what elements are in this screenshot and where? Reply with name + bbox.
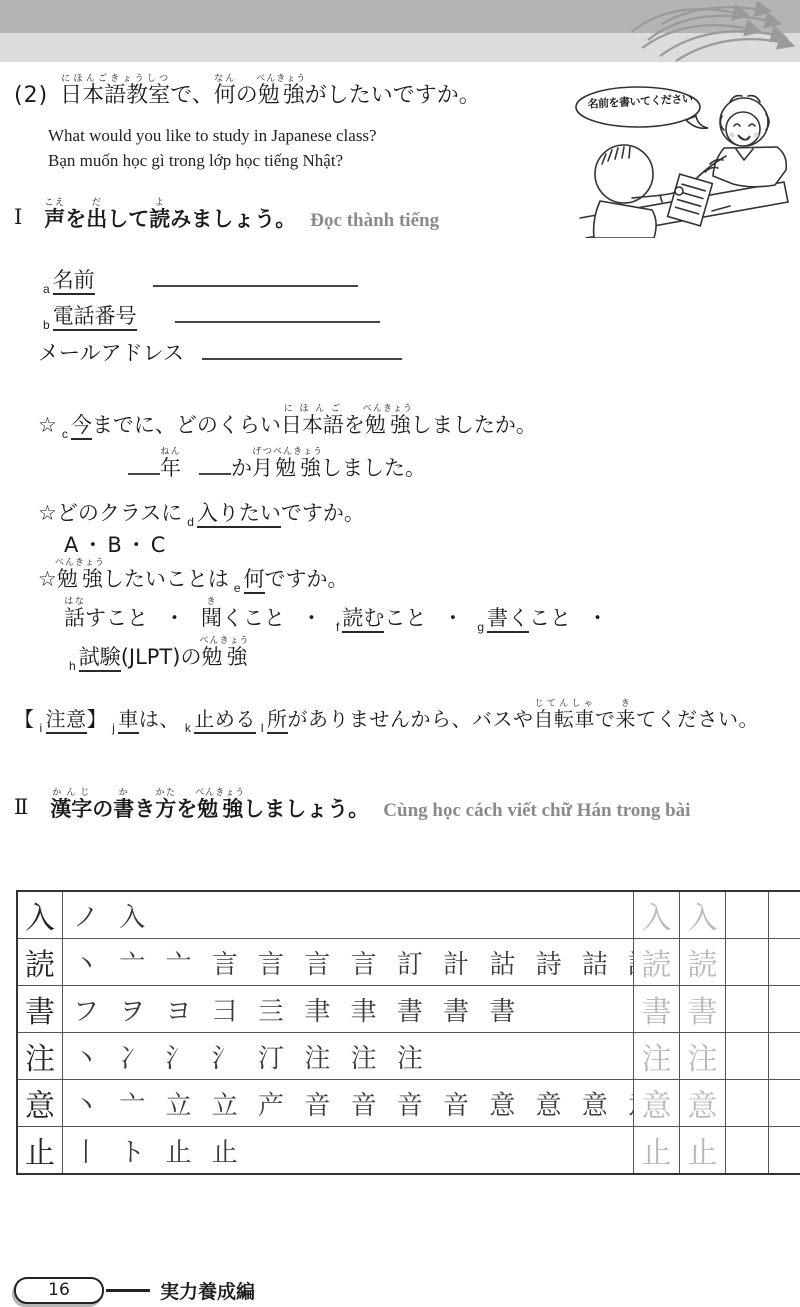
question-number: (2)	[14, 83, 48, 108]
stroke-order-cell: 丶 亠 立 立 产 音 音 音 音 意 意 意 意	[63, 1080, 634, 1127]
q-what-study-line: ☆勉強べんきょうしたいことはe何ですか。	[38, 558, 349, 595]
practice-kanji-cell: 止	[680, 1127, 726, 1175]
practice-empty-cell	[769, 1033, 800, 1080]
section1-numeral: Ⅰ	[14, 205, 22, 229]
notice-line: 【i注意】j車は、k止めるl所がありませんから、バスや自転車じてんしゃで来きてく…	[14, 699, 759, 735]
section2-title: 漢字かんじの書かき方かたを勉強べんきょうしましょう。	[50, 797, 369, 821]
practice-kanji-cell: 意	[634, 1080, 680, 1127]
page-footer: 16実力養成編	[14, 1277, 255, 1305]
section2-numeral: Ⅱ	[14, 795, 28, 819]
kanji-row: 読丶 亠 亠 言 言 言 言 訂 計 詁 詩 詰 読 読読読	[17, 939, 800, 986]
section2-heading: Ⅱ漢字かんじの書かき方かたを勉強べんきょうしましょう。Cùng học cách…	[14, 788, 690, 823]
kanji-row: 書フ ヲ ヨ 彐 亖 聿 聿 書 書 書書書	[17, 986, 800, 1033]
stroke-order-cell: 丶 冫 氵 氵 汀 注 注 注	[63, 1033, 634, 1080]
practice-empty-cell	[726, 1033, 769, 1080]
illustration: 名前を書いてください	[572, 80, 792, 238]
practice-kanji-cell: 書	[680, 986, 726, 1033]
practice-empty-cell	[769, 1127, 800, 1175]
stroke-order-cell: ノ 入	[63, 891, 634, 939]
practice-empty-cell	[769, 939, 800, 986]
question-translation-en: What would you like to study in Japanese…	[48, 126, 377, 146]
practice-kanji-cell: 注	[634, 1033, 680, 1080]
chapter-label: 実力養成編	[160, 1281, 255, 1303]
kanji-row: 入ノ 入入入	[17, 891, 800, 939]
stroke-order-cell: フ ヲ ヨ 彐 亖 聿 聿 書 書 書	[63, 986, 634, 1033]
kanji-row: 注丶 冫 氵 氵 汀 注 注 注注注	[17, 1033, 800, 1080]
duration-answer-line: 年ねんか月げつ勉強べんきょうしました。	[128, 447, 426, 482]
question-jp-text: 日本語教室にほんごきょうしつで、何なんの勉強べんきょうがしたいですか。	[60, 83, 481, 108]
stroke-order-cell: 丶 亠 亠 言 言 言 言 訂 計 詁 詩 詰 読 読	[63, 939, 634, 986]
practice-kanji-cell: 書	[634, 986, 680, 1033]
practice-empty-cell	[726, 1127, 769, 1175]
practice-empty-cell	[726, 891, 769, 939]
practice-kanji-cell: 入	[680, 891, 726, 939]
teacher-face	[726, 112, 760, 146]
kanji-row: 意丶 亠 立 立 产 音 音 音 音 意 意 意 意意意	[17, 1080, 800, 1127]
practice-empty-cell	[769, 1080, 800, 1127]
section2-subtitle-vi: Cùng học cách viết chữ Hán trong bài	[383, 800, 690, 821]
paper	[668, 174, 713, 226]
question-line: (2)日本語教室にほんごきょうしつで、何なんの勉強べんきょうがしたいですか。	[14, 74, 481, 109]
practice-empty-cell	[769, 891, 800, 939]
kanji-cell: 注	[17, 1033, 63, 1080]
kanji-cell: 入	[17, 891, 63, 939]
practice-empty-cell	[726, 986, 769, 1033]
kanji-practice-table: 入ノ 入入入読丶 亠 亠 言 言 言 言 訂 計 詁 詩 詰 読 読読読書フ ヲ…	[16, 890, 800, 1175]
exam-line: h試験(JLPT)の勉強べんきょう	[64, 636, 249, 673]
field-email-row: メールアドレス	[38, 336, 402, 367]
kanji-row: 止丨 ト 止 止止止	[17, 1127, 800, 1175]
practice-kanji-cell: 読	[634, 939, 680, 986]
student-head	[595, 145, 653, 203]
class-options-line: A・B・C	[64, 529, 169, 559]
footer-connector-line	[106, 1289, 150, 1292]
practice-empty-cell	[726, 1080, 769, 1127]
field-phone-row: b電話番号	[38, 299, 380, 332]
kanji-cell: 意	[17, 1080, 63, 1127]
q-class-line: ☆どのクラスにd入りたいですか。	[38, 497, 365, 529]
activities-line: 話はなすこと・聞きくこと・f読むこと・g書くこと・	[64, 597, 608, 634]
textbook-page: (2)日本語教室にほんごきょうしつで、何なんの勉強べんきょうがしたいですか。 W…	[0, 0, 800, 1307]
practice-kanji-cell: 読	[680, 939, 726, 986]
kanji-cell: 書	[17, 986, 63, 1033]
practice-kanji-cell: 入	[634, 891, 680, 939]
practice-kanji-cell: 止	[634, 1127, 680, 1175]
section1-subtitle-vi: Đọc thành tiếng	[310, 210, 439, 231]
practice-empty-cell	[769, 986, 800, 1033]
q-study-duration-line: ☆c今までに、どのくらい日本語にほんごを勉強べんきょうしましたか。	[38, 404, 537, 441]
field-name-row: a名前	[38, 263, 358, 296]
kanji-cell: 止	[17, 1127, 63, 1175]
swoosh-arrows-decoration	[628, 2, 796, 62]
practice-empty-cell	[726, 939, 769, 986]
stroke-order-cell: 丨 ト 止 止	[63, 1127, 634, 1175]
practice-kanji-cell: 意	[680, 1080, 726, 1127]
kanji-cell: 読	[17, 939, 63, 986]
section1-title: 声こえを出だして読よみましょう。	[44, 207, 296, 231]
page-number: 16	[48, 1280, 70, 1300]
page-number-badge: 16	[14, 1277, 104, 1304]
question-translation-vi: Bạn muốn học gì trong lớp học tiếng Nhật…	[48, 151, 343, 171]
practice-kanji-cell: 注	[680, 1033, 726, 1080]
section1-heading: Ⅰ声こえを出だして読よみましょう。Đọc thành tiếng	[14, 198, 439, 233]
